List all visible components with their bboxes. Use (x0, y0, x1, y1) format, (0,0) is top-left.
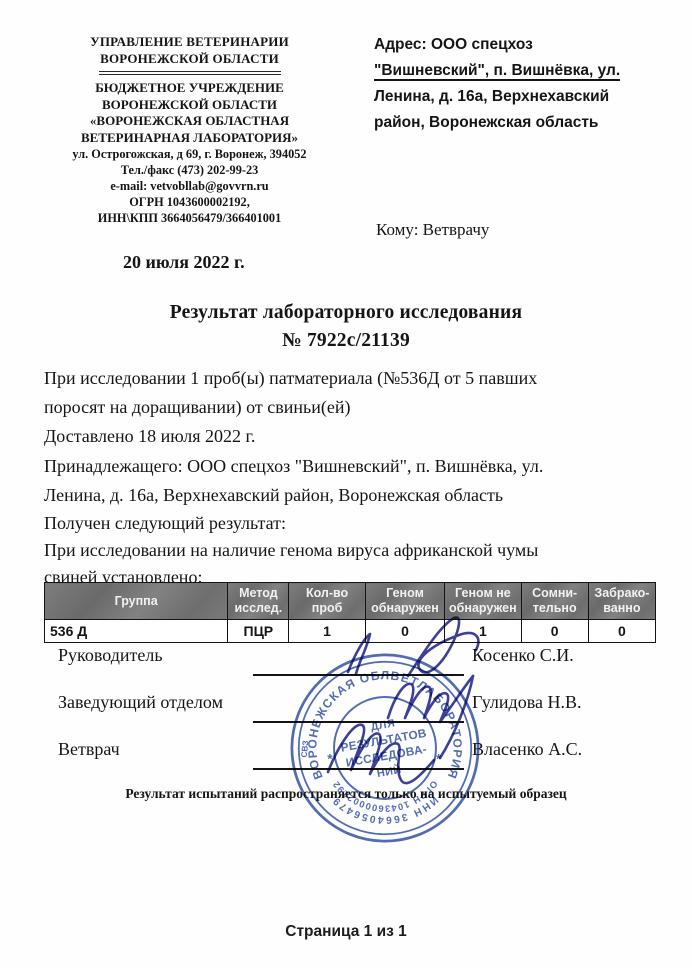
header-divider-line (99, 71, 281, 75)
org-name-line: ВОРОНЕЖСКОЙ ОБЛАСТИ (62, 97, 317, 114)
recipient-address-underlined: "Вишневский", п. Вишнёвка, ул. (374, 62, 620, 81)
org-dept-line: УПРАВЛЕНИЕ ВЕТЕРИНАРИИ (62, 34, 317, 51)
footer-disclaimer: Результат испытаний распространяется тол… (0, 786, 692, 802)
paragraph-line: Принадлежащего: ООО спецхоз "Вишневский"… (44, 452, 656, 481)
column-header-group: Группа (45, 583, 228, 620)
recipient-to-line: Кому: Ветврачу (376, 220, 489, 240)
signature-stroke-director (348, 634, 370, 674)
signature-role-director: Руководитель (58, 645, 163, 666)
scanned-lab-report-page: УПРАВЛЕНИЕ ВЕТЕРИНАРИИ ВОРОНЕЖСКОЙ ОБЛАС… (0, 0, 692, 968)
paragraph-line: При исследовании на наличие генома вирус… (44, 537, 656, 564)
org-street: ул. Острогожская, д 69, г. Воронеж, 3940… (62, 146, 317, 162)
cell-group: 536 Д (45, 620, 228, 643)
signature-role-department-head: Заведующий отделом (58, 692, 223, 713)
document-title-line1: Результат лабораторного исследования (0, 299, 692, 327)
recipient-address-block: Адрес: ООО спецхоз "Вишневский", п. Вишн… (374, 32, 636, 136)
org-name-line: ВЕТЕРИНАРНАЯ ЛАБОРАТОРИЯ» (62, 130, 317, 147)
recipient-address-line: Адрес: ООО спецхоз (374, 32, 636, 58)
document-date: 20 июля 2022 г. (123, 252, 245, 273)
org-header-block: УПРАВЛЕНИЕ ВЕТЕРИНАРИИ ВОРОНЕЖСКОЙ ОБЛАС… (62, 34, 317, 226)
paragraph-owner: Принадлежащего: ООО спецхоз "Вишневский"… (44, 452, 656, 510)
paragraph-sample-info: При исследовании 1 проб(ы) патматериала … (44, 364, 656, 422)
column-header-rejected: Забрако- ванно (588, 583, 655, 620)
signature-stroke-veterinarian (328, 725, 434, 783)
signature-role-veterinarian: Ветврач (58, 739, 120, 760)
org-ogrn: ОГРН 1043600002192, (62, 194, 317, 210)
handwritten-signatures (240, 608, 532, 810)
org-inn-kpp: ИНН\КПП 3664056479/366401001 (62, 210, 317, 226)
paragraph-line: При исследовании 1 проб(ы) патматериала … (44, 364, 656, 393)
page-number: Страница 1 из 1 (0, 923, 692, 941)
org-name-line: «ВОРОНЕЖСКАЯ ОБЛАСТНАЯ (62, 113, 317, 130)
recipient-address-line: Ленина, д. 16а, Верхнехавский (374, 84, 636, 110)
paragraph-delivered: Доставлено 18 июля 2022 г. (44, 422, 656, 451)
document-title: Результат лабораторного исследования № 7… (0, 299, 692, 355)
org-email: e-mail: vetvobllab@govvrn.ru (62, 178, 317, 194)
org-name-line: БЮДЖЕТНОЕ УЧРЕЖДЕНИЕ (62, 80, 317, 97)
org-dept-line: ВОРОНЕЖСКОЙ ОБЛАСТИ (62, 51, 317, 68)
signature-stroke-director (408, 618, 478, 676)
paragraph-line: Ленина, д. 16а, Верхнехавский район, Вор… (44, 481, 656, 510)
recipient-address-line: район, Воронежская область (374, 110, 636, 136)
org-phone: Тел./факс (473) 202-99-23 (62, 162, 317, 178)
cell-rejected: 0 (588, 620, 655, 643)
paragraph-line: поросят на доращивании) от свиньи(ей) (44, 393, 656, 422)
document-title-line2: № 7922с/21139 (0, 327, 692, 355)
paragraph-result-intro: Получен следующий результат: (44, 509, 656, 538)
recipient-address-line: "Вишневский", п. Вишнёвка, ул. (374, 58, 636, 84)
